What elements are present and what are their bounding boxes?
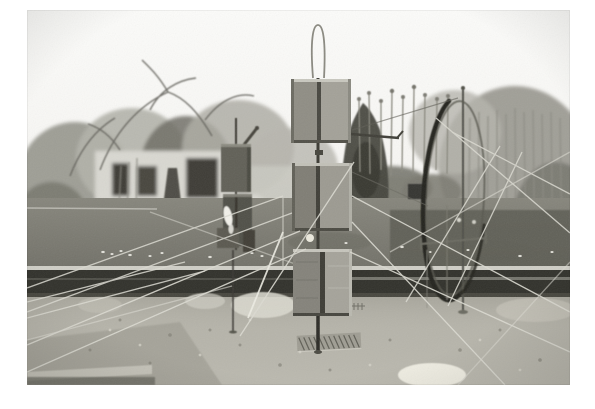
vignette — [27, 10, 570, 385]
photograph — [0, 0, 595, 409]
photo-frame — [0, 0, 595, 409]
